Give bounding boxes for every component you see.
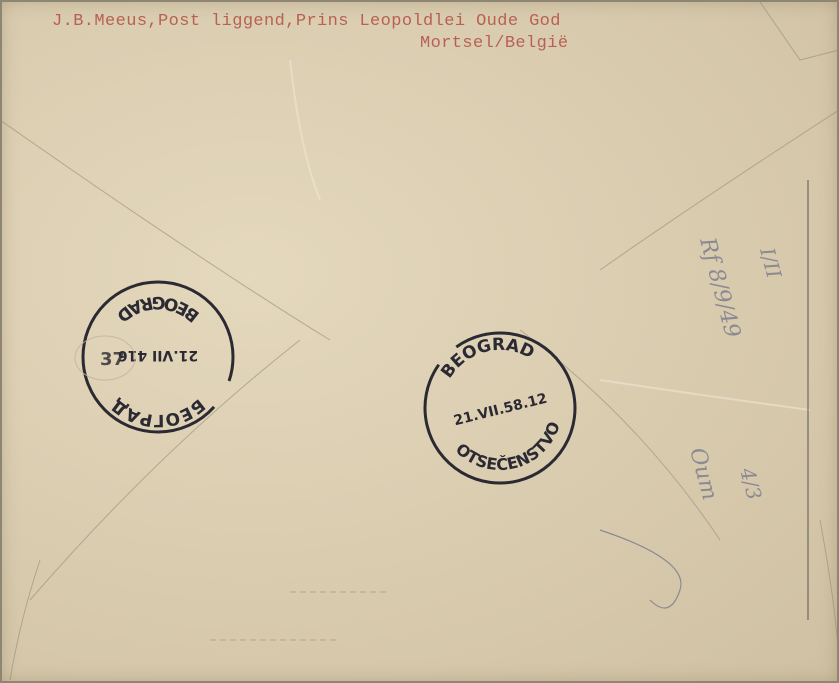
left-postmark-date: 21.VII 416 xyxy=(118,347,198,363)
envelope-artwork: BEOGRAD БЕОГРАД 21.VII 416 BEOGRAD OTSEČ… xyxy=(0,0,839,683)
left-postmark-top-text: BEOGRAD xyxy=(113,292,204,326)
envelope-back: J.B.Meeus,Post liggend,Prins Leopoldlei … xyxy=(0,0,839,683)
pencil-notes: I/II Rf 8/9/49 Oum 4/3 xyxy=(600,234,787,608)
svg-text:Rf 8/9/49: Rf 8/9/49 xyxy=(694,234,745,340)
center-postmark: BEOGRAD OTSEČENSTVO 21.VII.58.12 xyxy=(409,317,591,499)
svg-text:I/II: I/II xyxy=(755,244,787,282)
center-postmark-date: 21.VII.58.12 xyxy=(452,391,549,430)
svg-text:4/3: 4/3 xyxy=(735,464,767,502)
svg-text:Oum: Oum xyxy=(684,445,722,503)
partial-postmark-number: 37 xyxy=(100,349,125,370)
flap-fold-lines xyxy=(0,2,839,680)
